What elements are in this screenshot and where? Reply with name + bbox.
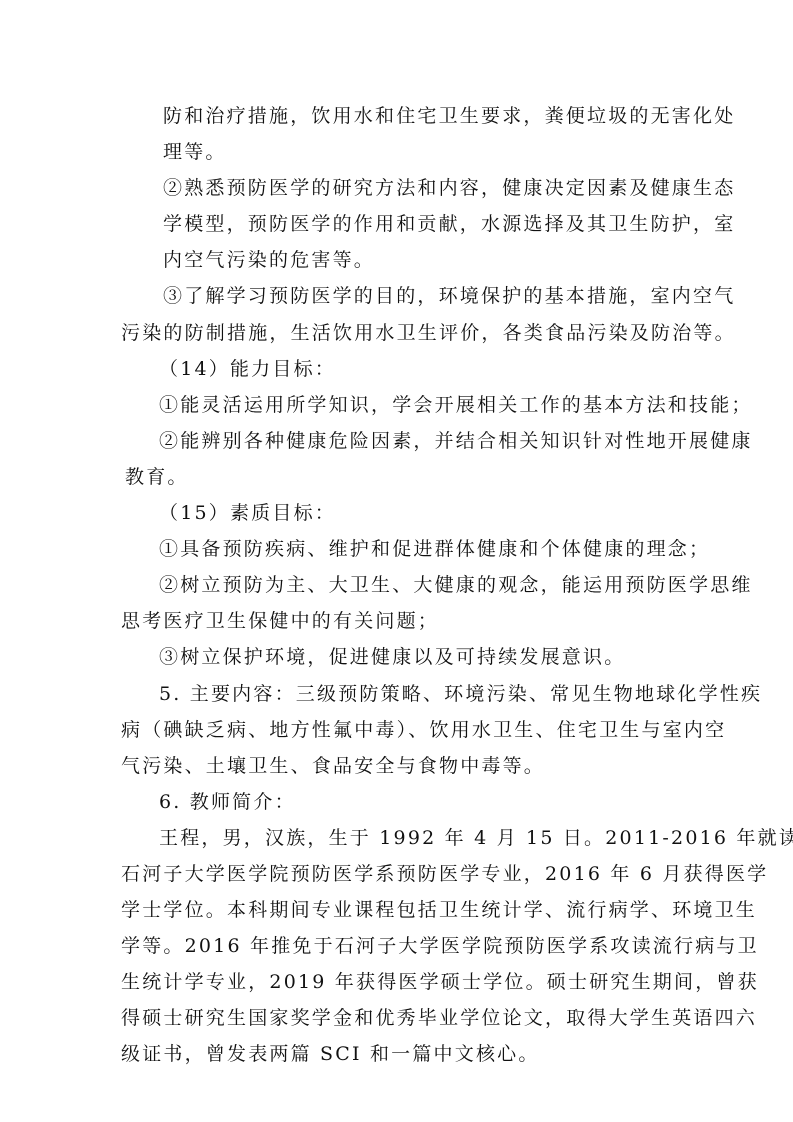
text-line: 教育。 <box>121 459 676 495</box>
quality-goal-1: ①具备预防疾病、维护和促进群体健康和个体健康的理念； <box>121 531 676 567</box>
section-heading-ability-goals: （14）能力目标： <box>121 351 676 387</box>
section-main-content: 5. 主要内容：三级预防策略、环境污染、常见生物地球化学性疾 <box>121 676 676 712</box>
text-line: 病（碘缺乏病、地方性氟中毒）、饮用水卫生、住宅卫生与室内空 <box>121 712 676 748</box>
quality-goal-3: ③树立保护环境，促进健康以及可持续发展意识。 <box>121 639 676 675</box>
text-line: 级证书，曾发表两篇 SCI 和一篇中文核心。 <box>121 1036 676 1072</box>
section-teacher-intro: 6. 教师简介： <box>121 784 676 820</box>
text-line: 气污染、土壤卫生、食品安全与食物中毒等。 <box>121 748 676 784</box>
knowledge-goal-3: ③了解学习预防医学的目的，环境保护的基本措施，室内空气 <box>121 278 676 314</box>
section-heading-quality-goals: （15）素质目标： <box>121 495 676 531</box>
text-line: 学模型，预防医学的作用和贡献，水源选择及其卫生防护，室 <box>121 206 676 242</box>
ability-goal-1: ①能灵活运用所学知识，学会开展相关工作的基本方法和技能； <box>121 387 676 423</box>
teacher-bio: 王程，男，汉族，生于 1992 年 4 月 15 日。2011-2016 年就读… <box>121 820 676 856</box>
text-line: 思考医疗卫生保健中的有关问题； <box>121 603 676 639</box>
text-line: 得硕士研究生国家奖学金和优秀毕业学位论文，取得大学生英语四六 <box>121 1000 676 1036</box>
text-line: 学等。2016 年推免于石河子大学医学院预防医学系攻读流行病与卫 <box>121 928 676 964</box>
ability-goal-2: ②能辨别各种健康危险因素，并结合相关知识针对性地开展健康 <box>121 423 676 459</box>
document-body: 防和治疗措施，饮用水和住宅卫生要求，粪便垃圾的无害化处 理等。 ②熟悉预防医学的… <box>121 98 676 1073</box>
text-line: 内空气污染的危害等。 <box>121 242 676 278</box>
text-line: 学士学位。本科期间专业课程包括卫生统计学、流行病学、环境卫生 <box>121 892 676 928</box>
quality-goal-2: ②树立预防为主、大卫生、大健康的观念，能运用预防医学思维 <box>121 567 676 603</box>
knowledge-goal-2: ②熟悉预防医学的研究方法和内容，健康决定因素及健康生态 <box>121 170 676 206</box>
text-line: 污染的防制措施，生活饮用水卫生评价，各类食品污染及防治等。 <box>121 315 676 351</box>
text-line: 防和治疗措施，饮用水和住宅卫生要求，粪便垃圾的无害化处 <box>121 98 676 134</box>
text-line: 生统计学专业，2019 年获得医学硕士学位。硕士研究生期间，曾获 <box>121 964 676 1000</box>
document-page: 防和治疗措施，饮用水和住宅卫生要求，粪便垃圾的无害化处 理等。 ②熟悉预防医学的… <box>0 0 793 1122</box>
text-line: 理等。 <box>121 134 676 170</box>
text-line: 石河子大学医学院预防医学系预防医学专业，2016 年 6 月获得医学 <box>121 856 676 892</box>
